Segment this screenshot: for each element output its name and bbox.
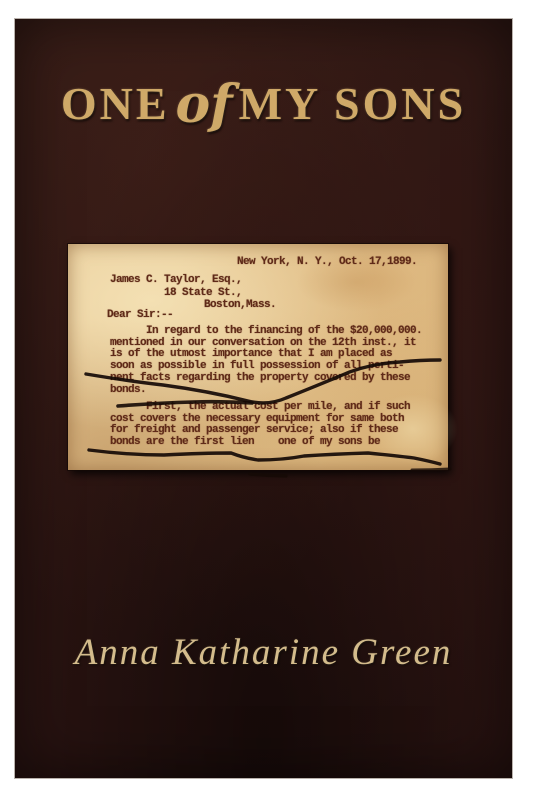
book-title: ONEofMY SONS (15, 71, 512, 132)
typewritten-letter: New York, N. Y., Oct. 17,1899. James C. … (68, 244, 448, 470)
title-connector-of: of (170, 74, 239, 135)
pen-stroke-bottom-center-dash (250, 474, 286, 476)
pen-stroke-strikeout (118, 402, 252, 406)
title-word-one: ONE (61, 78, 170, 129)
author-name: Anna Katharine Green (15, 631, 512, 674)
pen-stroke-bottom-right-dash (412, 469, 450, 470)
pen-scribble-marks (68, 244, 448, 484)
pen-stroke-bottom-wave (89, 450, 440, 464)
book-cover: ONEofMY SONS New York, N. Y., Oct. 17,18… (15, 19, 512, 778)
book-cover-photo: ONEofMY SONS New York, N. Y., Oct. 17,18… (0, 0, 533, 800)
title-word-my-sons: MY SONS (239, 78, 467, 129)
pen-stroke-long-vee (86, 360, 440, 403)
